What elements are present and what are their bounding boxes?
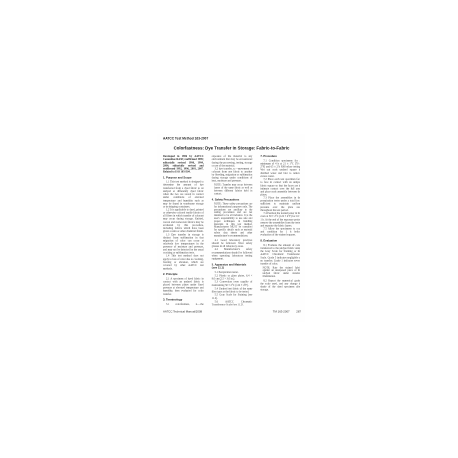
scan-canvas: AATCC Test Method 163-2007 Colorfastness… bbox=[0, 0, 458, 458]
document-page-surface: AATCC Test Method 163-2007 Colorfastness… bbox=[157, 134, 305, 322]
column-middle: exposure of the material to any environm… bbox=[212, 155, 253, 306]
paragraph: 3.1 colorfastness, n.—the resistance of … bbox=[163, 303, 204, 306]
document-page: AATCC Test Method 163-2007 Colorfastness… bbox=[157, 134, 305, 322]
paragraph: 5.6 AATCC Chromatic Transference Scale (… bbox=[212, 300, 253, 305]
page-footer: AATCC Technical Manual/2008 TM 163-2007 … bbox=[163, 310, 301, 313]
paragraph: 8.2 Report the numerical grade, the scal… bbox=[260, 279, 300, 291]
column-left: Developed in 1986 by AATCC Committee RA3… bbox=[163, 155, 204, 306]
paragraph: 3.2 dye transfer, n.—movement of coloran… bbox=[212, 167, 253, 182]
section-heading: 3. Terminology bbox=[163, 298, 204, 301]
section-heading: 1. Purpose and Scope bbox=[163, 176, 204, 179]
paragraph: Developed in 1986 by AATCC Committee RA3… bbox=[163, 155, 204, 174]
paragraph: exposure of the material to any environm… bbox=[212, 155, 253, 167]
paragraph: 4.2 Manufacturer's safety recommendation… bbox=[212, 248, 253, 260]
paragraph: 1.2 It is applicable to dyed, printed or… bbox=[163, 208, 204, 233]
paragraph: 7.3 Place the assemblies in the perspira… bbox=[260, 196, 300, 211]
paragraph: 7.1 Condition specimens for a minimum of… bbox=[260, 159, 300, 178]
paragraph: 5.3 Convection oven capable of maintaini… bbox=[212, 280, 253, 286]
section-heading: 2. Principle bbox=[163, 273, 204, 276]
paragraph: 5.4 Undyed test fabric of the same fiber… bbox=[212, 287, 253, 293]
footer-manual-label: AATCC Technical Manual/2008 bbox=[163, 310, 202, 313]
paragraph: NOTE: These safety precautions are for i… bbox=[212, 202, 253, 237]
paragraph: 5.2 Plastic or glass plates, 6.4 × 8.0 c… bbox=[212, 274, 253, 280]
document-title: Colorfastness: Dye Transfer in Storage: … bbox=[163, 145, 300, 150]
paragraph: 7.5 Allow the specimens to cool and cond… bbox=[260, 227, 300, 236]
paragraph: 2.1 A specimen of dyed fabric in contact… bbox=[163, 277, 204, 296]
body-columns: Developed in 1986 by AATCC Committee RA3… bbox=[163, 155, 300, 306]
column-right: 7. Procedure7.1 Condition specimens for … bbox=[260, 155, 300, 306]
paragraph: 4.1 Good laboratory practices should be … bbox=[212, 239, 253, 248]
paragraph: 5.5 Gray Scale for Staining (see 11.2). bbox=[212, 293, 253, 299]
paragraph: 1.1 This test method is designed to dete… bbox=[163, 180, 204, 208]
paragraph: NOTE: Transfer may occur between layers … bbox=[212, 183, 253, 195]
paragraph: 7.4 Position the loaded tester in the ov… bbox=[260, 212, 300, 227]
footer-method-label: TM 163-2007 bbox=[273, 310, 290, 313]
footer-right-group: TM 163-2007 287 bbox=[273, 310, 301, 313]
paragraph: 1.3 Dye transfer in storage is distinct … bbox=[163, 233, 204, 255]
section-heading: 7. Procedure bbox=[260, 155, 300, 158]
paragraph: 8.1 Evaluate the amount of color transfe… bbox=[260, 244, 300, 266]
method-header: AATCC Test Method 163-2007 bbox=[163, 137, 300, 141]
section-heading: 5. Apparatus and Materials (see 11.1) bbox=[212, 263, 253, 269]
section-heading: 8. Evaluation bbox=[260, 239, 300, 242]
paragraph: NOTE: Rate the stained fabric against an… bbox=[260, 266, 300, 278]
paragraph: 1.4 This test method does not apply to l… bbox=[163, 254, 204, 269]
paragraph: 7.2 Place each test specimen face to fac… bbox=[260, 178, 300, 197]
section-heading: 4. Safety Precautions bbox=[212, 198, 253, 201]
page-number: 287 bbox=[296, 310, 301, 313]
